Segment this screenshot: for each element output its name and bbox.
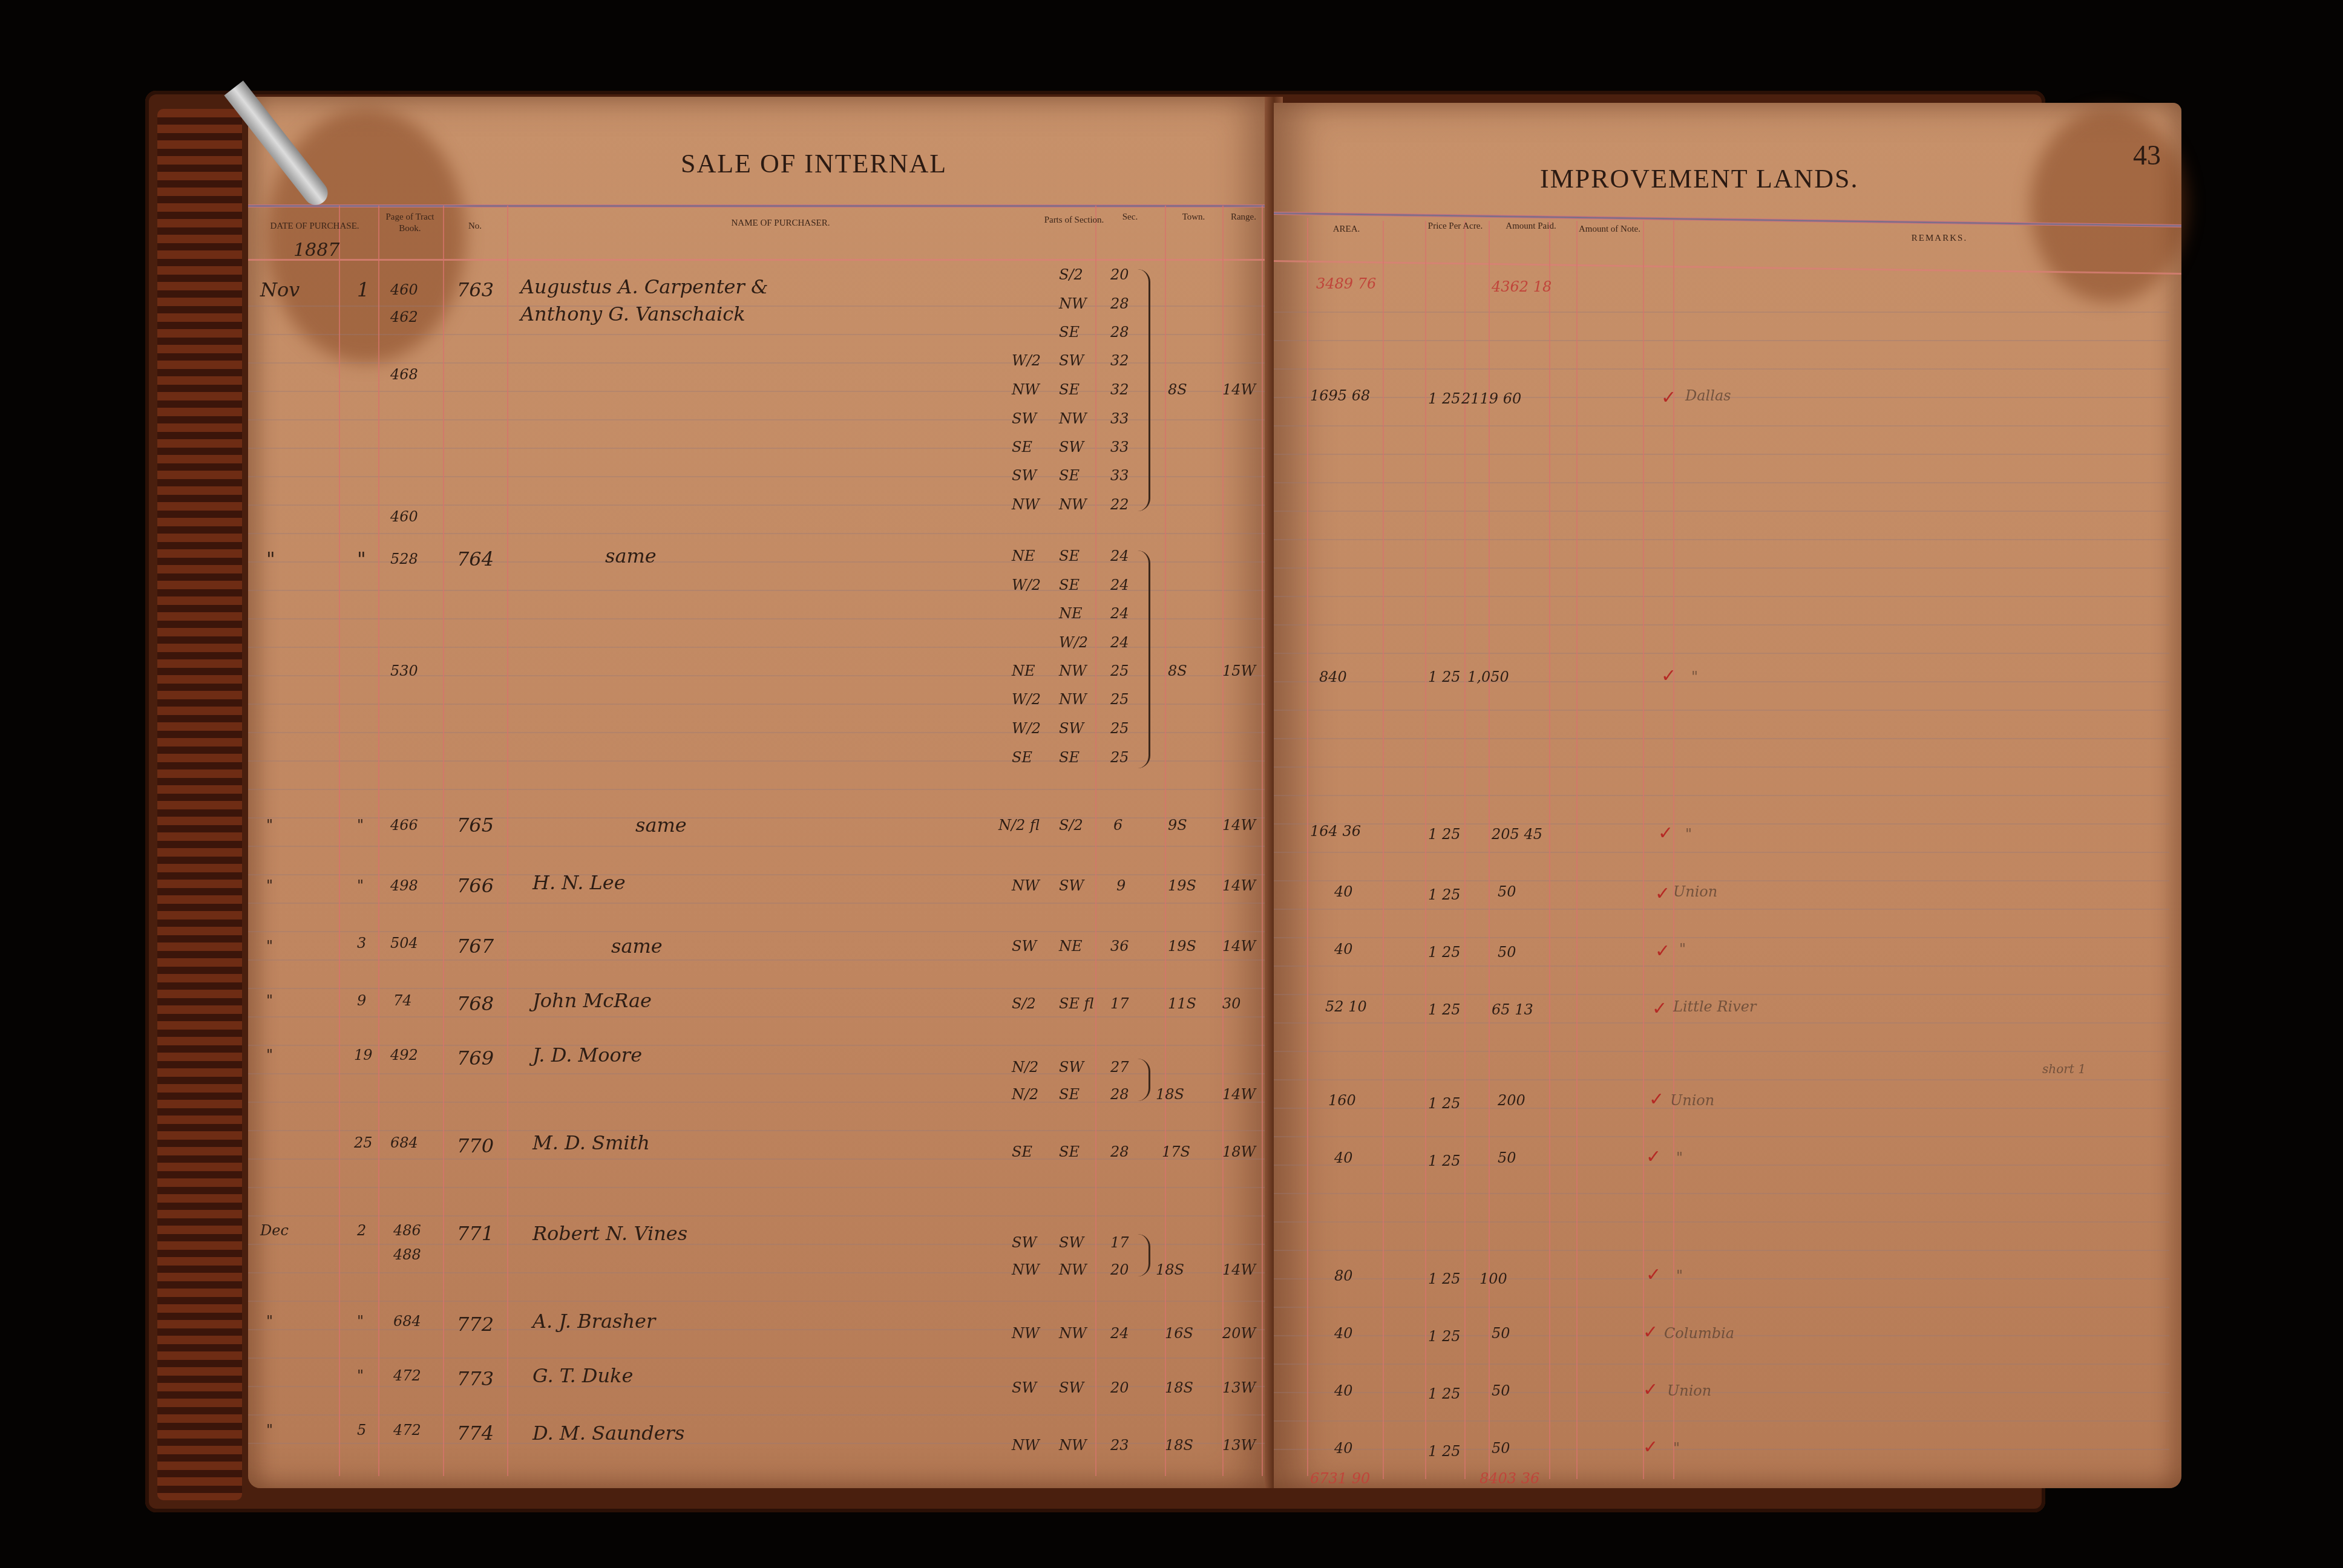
area: 160	[1328, 1092, 1356, 1109]
remarks: Union	[1670, 1092, 1714, 1109]
part: NE	[1012, 547, 1035, 564]
column-divider	[443, 206, 444, 1476]
price: 1 25	[1428, 944, 1460, 961]
column-divider	[1464, 221, 1466, 1479]
section: 24	[1110, 605, 1129, 622]
section: 9	[1116, 877, 1126, 894]
check-mark-icon: ✓	[1646, 1146, 1661, 1168]
entry-month: "	[266, 1047, 273, 1063]
range: 14W	[1222, 938, 1256, 955]
part-quarter: NW	[1059, 1325, 1087, 1342]
brace	[1138, 269, 1150, 511]
part-quarter: SE	[1059, 1086, 1080, 1103]
section: 25	[1110, 691, 1129, 708]
tract-page: 462	[390, 309, 418, 325]
part: NW	[1012, 877, 1040, 894]
amount-paid: 50	[1492, 1382, 1510, 1399]
remarks: Dallas	[1685, 387, 1731, 404]
town: 18S	[1156, 1261, 1184, 1278]
section: 33	[1110, 439, 1129, 456]
price: 1 25	[1428, 1385, 1460, 1402]
carried-paid: 4362 18	[1492, 278, 1552, 295]
section: 24	[1110, 577, 1129, 593]
check-mark-icon: ✓	[1658, 823, 1673, 844]
tract-page: 472	[393, 1367, 421, 1384]
range: 14W	[1222, 817, 1256, 834]
remarks: "	[1676, 1149, 1683, 1166]
purchaser-name: same	[635, 814, 687, 837]
column-divider	[1549, 221, 1550, 1479]
tract-page: 492	[390, 1047, 418, 1063]
town: 16S	[1165, 1325, 1193, 1342]
town: 19S	[1168, 877, 1196, 894]
part: NW	[1012, 496, 1040, 513]
entry-no: 771	[457, 1222, 494, 1245]
amount-paid: 50	[1492, 1325, 1510, 1342]
area: 40	[1334, 1382, 1353, 1399]
town: 8S	[1168, 662, 1187, 679]
area: 80	[1334, 1267, 1353, 1284]
entry-month: "	[266, 1313, 273, 1330]
entry-no: 772	[457, 1313, 494, 1336]
page-edges	[157, 109, 242, 1500]
entry-no: 770	[457, 1134, 494, 1157]
area: 40	[1334, 1440, 1353, 1457]
part: W/2	[1012, 691, 1041, 708]
town: 19S	[1168, 938, 1196, 955]
part: N/2	[1012, 1086, 1038, 1103]
purchaser-name: Anthony G. Vanschaick	[520, 302, 745, 325]
section: 22	[1110, 496, 1129, 513]
entry-no: 768	[457, 992, 494, 1015]
part: NW	[1012, 1437, 1040, 1454]
price: 1 25	[1428, 390, 1460, 407]
area: 52 10	[1325, 998, 1367, 1015]
brace	[1138, 1059, 1150, 1101]
part-quarter: SW	[1059, 1059, 1084, 1076]
section: 25	[1110, 662, 1129, 679]
part: SE	[1012, 439, 1032, 456]
entry-month: "	[266, 1422, 273, 1439]
part-quarter: NW	[1059, 1261, 1087, 1278]
check-mark-icon: ✓	[1661, 665, 1676, 687]
town: 8S	[1168, 381, 1187, 398]
part-quarter: SE	[1059, 547, 1080, 564]
section: 23	[1110, 1437, 1129, 1454]
section: 28	[1110, 295, 1129, 312]
range: 30	[1222, 995, 1241, 1012]
part: N/2 fl	[998, 817, 1040, 834]
purchaser-name: same	[605, 544, 657, 567]
part-quarter: SE	[1059, 381, 1080, 398]
part: NW	[1012, 381, 1040, 398]
part-quarter: SE	[1059, 467, 1080, 484]
part-quarter: SW	[1059, 352, 1084, 369]
section: 24	[1110, 1325, 1129, 1342]
part: NE	[1012, 662, 1035, 679]
entry-month: Nov	[260, 278, 300, 301]
amount-paid: 200	[1498, 1092, 1525, 1109]
check-mark-icon: ✓	[1643, 1379, 1658, 1400]
part: S/2	[1012, 995, 1036, 1012]
remarks: Little River	[1673, 998, 1756, 1015]
purchaser-name: H. N. Lee	[532, 871, 626, 894]
section: 17	[1110, 1234, 1129, 1251]
tract-page: 498	[390, 877, 418, 894]
remarks: "	[1685, 826, 1692, 843]
range: 14W	[1222, 877, 1256, 894]
tract-page: 486	[393, 1222, 421, 1239]
part-quarter: NW	[1059, 295, 1087, 312]
purchaser-name: D. M. Saunders	[532, 1422, 684, 1445]
check-mark-icon: ✓	[1643, 1437, 1658, 1458]
entry-day: 2	[357, 1222, 366, 1239]
section: 32	[1110, 352, 1129, 369]
part-quarter: SE fl	[1059, 995, 1094, 1012]
column-divider	[1165, 206, 1166, 1476]
tract-page: 528	[390, 550, 418, 567]
tract-page: 460	[390, 281, 418, 298]
entry-day: 1	[357, 278, 369, 301]
ledger-book: SALE OF INTERNAL DATE OF PURCHASE. Page …	[145, 85, 2045, 1512]
price: 1 25	[1428, 1328, 1460, 1345]
part-quarter: NW	[1059, 691, 1087, 708]
section: 20	[1110, 266, 1129, 283]
remarks: Columbia	[1664, 1325, 1734, 1342]
check-mark-icon: ✓	[1655, 941, 1670, 962]
purchaser-name: same	[611, 935, 663, 958]
amount-paid: 2119 60	[1461, 390, 1521, 407]
section: 20	[1110, 1379, 1129, 1396]
check-mark-icon: ✓	[1649, 1089, 1664, 1110]
part-quarter: SE	[1059, 1143, 1080, 1160]
entry-day: 3	[357, 935, 366, 952]
section: 25	[1110, 720, 1129, 737]
range: 13W	[1222, 1437, 1256, 1454]
part: SW	[1012, 1379, 1037, 1396]
section: 28	[1110, 324, 1129, 341]
part-quarter: NW	[1059, 496, 1087, 513]
section: 33	[1110, 467, 1129, 484]
remarks: "	[1676, 1267, 1683, 1284]
entry-no: 773	[457, 1367, 494, 1390]
purchaser-name: Robert N. Vines	[532, 1222, 687, 1245]
town: 17S	[1162, 1143, 1190, 1160]
entry-day: 19	[354, 1047, 373, 1063]
part: SE	[1012, 1143, 1032, 1160]
section: 33	[1110, 410, 1129, 427]
range: 15W	[1222, 662, 1256, 679]
col-amount-paid: Amount Paid.	[1489, 221, 1573, 232]
part: W/2	[1012, 720, 1041, 737]
range: 20W	[1222, 1325, 1256, 1342]
tract-page: 472	[393, 1422, 421, 1439]
entry-month: "	[266, 547, 275, 570]
range: 14W	[1222, 1086, 1256, 1103]
col-amount-note: Amount of Note.	[1576, 224, 1643, 235]
part-quarter: SW	[1059, 1234, 1084, 1251]
column-divider	[1576, 221, 1578, 1479]
purchaser-name: John McRae	[532, 989, 652, 1012]
price: 1 25	[1428, 826, 1460, 843]
entry-month: "	[266, 938, 273, 955]
check-mark-icon: ✓	[1652, 998, 1667, 1019]
part-quarter: W/2	[1059, 634, 1088, 651]
column-divider	[1095, 206, 1096, 1476]
column-divider	[1643, 221, 1644, 1479]
part: NW	[1012, 1261, 1040, 1278]
part: SE	[1012, 749, 1032, 766]
amount-paid: 50	[1492, 1440, 1510, 1457]
amount-paid: 50	[1498, 1149, 1516, 1166]
section: 28	[1110, 1086, 1129, 1103]
part-quarter: NW	[1059, 662, 1087, 679]
part: NW	[1012, 1325, 1040, 1342]
right-page: IMPROVEMENT LANDS. 43 AREA. Price Per Ac…	[1274, 103, 2181, 1488]
entry-month: "	[266, 817, 273, 834]
total-paid: 8403 36	[1480, 1470, 1539, 1487]
entry-month: "	[266, 877, 273, 894]
price: 1 25	[1428, 1095, 1460, 1112]
part-quarter: SW	[1059, 877, 1084, 894]
page-number: 43	[2133, 139, 2161, 171]
town: 18S	[1165, 1379, 1193, 1396]
col-remarks: REMARKS.	[1879, 233, 2000, 244]
tract-page: 530	[390, 662, 418, 679]
amount-paid: 50	[1498, 944, 1516, 961]
part: N/2	[1012, 1059, 1038, 1076]
entry-day: "	[357, 547, 366, 570]
part-quarter: S/2	[1059, 266, 1083, 283]
price: 1 25	[1428, 886, 1460, 903]
brace	[1138, 550, 1150, 768]
entry-no: 763	[457, 278, 494, 301]
col-no: No.	[443, 221, 507, 232]
column-divider	[1425, 221, 1426, 1479]
entry-no: 769	[457, 1047, 494, 1070]
area: 1695 68	[1310, 387, 1370, 404]
price: 1 25	[1428, 1001, 1460, 1018]
range: 18W	[1222, 1143, 1256, 1160]
tract-page: 466	[390, 817, 418, 834]
part-quarter: SW	[1059, 439, 1084, 456]
entry-no: 774	[457, 1422, 494, 1445]
column-divider	[507, 206, 508, 1476]
entry-day: "	[357, 1313, 364, 1330]
check-mark-icon: ✓	[1643, 1322, 1658, 1343]
tract-page: 460	[390, 508, 418, 525]
entry-day: "	[357, 877, 364, 894]
col-date: DATE OF PURCHASE.	[254, 221, 375, 232]
part: SW	[1012, 1234, 1037, 1251]
part-quarter: SE	[1059, 324, 1080, 341]
col-price: Price Per Acre.	[1425, 221, 1486, 232]
amount-paid: 1,050	[1467, 668, 1509, 685]
col-tract-page: Page of Tract Book.	[378, 212, 442, 235]
column-divider	[339, 206, 340, 1476]
entry-month: Dec	[260, 1222, 289, 1239]
area: 840	[1319, 668, 1347, 685]
area: 40	[1334, 1149, 1353, 1166]
section: 17	[1110, 995, 1129, 1012]
entry-no: 767	[457, 935, 494, 958]
year: 1887	[293, 240, 339, 261]
remarks: Union	[1673, 883, 1717, 900]
part-quarter: SE	[1059, 749, 1080, 766]
column-divider	[378, 206, 379, 1476]
section: 24	[1110, 547, 1129, 564]
column-divider	[1673, 221, 1674, 1479]
entry-day: "	[357, 1367, 364, 1384]
brace	[1138, 1234, 1150, 1276]
section: 32	[1110, 381, 1129, 398]
part-quarter: S/2	[1059, 817, 1083, 834]
area: 40	[1334, 1325, 1353, 1342]
section: 25	[1110, 749, 1129, 766]
part: SW	[1012, 410, 1037, 427]
tract-page: 684	[393, 1313, 421, 1330]
area: 164 36	[1310, 823, 1361, 840]
left-page: SALE OF INTERNAL DATE OF PURCHASE. Page …	[248, 97, 1274, 1488]
total-area: 6731 90	[1310, 1470, 1370, 1487]
purchaser-name: A. J. Brasher	[532, 1310, 655, 1333]
carried-area: 3489 76	[1316, 275, 1376, 292]
remarks: Union	[1667, 1382, 1711, 1399]
col-range: Range.	[1222, 212, 1265, 223]
range: 13W	[1222, 1379, 1256, 1396]
tract-page: 684	[390, 1134, 418, 1151]
section: 27	[1110, 1059, 1129, 1076]
section: 28	[1110, 1143, 1129, 1160]
column-divider	[1262, 206, 1263, 1476]
section: 36	[1110, 938, 1129, 955]
remarks: "	[1673, 1440, 1680, 1457]
range: 14W	[1222, 381, 1256, 398]
section: 20	[1110, 1261, 1129, 1278]
town: 9S	[1168, 817, 1187, 834]
area: 40	[1334, 883, 1353, 900]
town: 11S	[1168, 995, 1196, 1012]
town: 18S	[1156, 1086, 1184, 1103]
remarks: "	[1691, 668, 1698, 685]
part-quarter: NW	[1059, 410, 1087, 427]
part-quarter: SW	[1059, 720, 1084, 737]
header-rule	[248, 204, 1274, 207]
range: 14W	[1222, 1261, 1256, 1278]
col-sec: Sec.	[1095, 212, 1165, 223]
price: 1 25	[1428, 1270, 1460, 1287]
purchaser-name: G. T. Duke	[532, 1364, 633, 1387]
part: W/2	[1012, 577, 1041, 593]
entry-day: "	[357, 817, 364, 834]
ruled-lines	[1274, 284, 2169, 1464]
section: 6	[1113, 817, 1122, 834]
col-purchaser: NAME OF PURCHASER.	[508, 218, 1053, 229]
tract-page: 504	[390, 935, 418, 952]
remarks: "	[1679, 941, 1686, 958]
purchaser-name: M. D. Smith	[532, 1131, 650, 1154]
entry-day: 5	[357, 1422, 366, 1439]
col-town: Town.	[1165, 212, 1222, 223]
amount-paid: 205 45	[1492, 826, 1542, 843]
check-mark-icon: ✓	[1646, 1264, 1661, 1285]
column-divider	[1307, 218, 1308, 1476]
town: 18S	[1165, 1437, 1193, 1454]
price: 1 25	[1428, 1443, 1460, 1460]
section: 24	[1110, 634, 1129, 651]
amount-paid: 50	[1498, 883, 1516, 900]
entry-day: 9	[357, 992, 366, 1009]
header-bottom-rule	[248, 259, 1274, 261]
part: SW	[1012, 938, 1037, 955]
column-divider	[1489, 221, 1490, 1479]
part-quarter: SE	[1059, 577, 1080, 593]
check-mark-icon: ✓	[1655, 883, 1670, 904]
part-quarter: NW	[1059, 1437, 1087, 1454]
purchaser-name: Augustus A. Carpenter &	[520, 275, 768, 298]
price: 1 25	[1428, 668, 1460, 685]
side-note: short 1	[2042, 1062, 2086, 1076]
part-quarter: NE	[1059, 605, 1083, 622]
right-page-title: IMPROVEMENT LANDS.	[1540, 163, 1859, 194]
column-divider	[1383, 221, 1384, 1479]
purchaser-name: J. D. Moore	[532, 1044, 642, 1067]
tract-page: 488	[393, 1246, 421, 1263]
entry-no: 764	[457, 547, 494, 570]
amount-paid: 65 13	[1492, 1001, 1533, 1018]
price: 1 25	[1428, 1152, 1460, 1169]
part: W/2	[1012, 352, 1041, 369]
tract-page: 74	[393, 992, 412, 1009]
left-page-title: SALE OF INTERNAL	[681, 148, 947, 179]
entry-month: "	[266, 992, 273, 1009]
entry-no: 766	[457, 874, 494, 897]
area: 40	[1334, 941, 1353, 958]
entry-day: 25	[354, 1134, 373, 1151]
part-quarter: NE	[1059, 938, 1083, 955]
col-area: AREA.	[1310, 224, 1383, 235]
check-mark-icon: ✓	[1661, 387, 1676, 408]
amount-paid: 100	[1480, 1270, 1507, 1287]
tract-page: 468	[390, 366, 418, 383]
entry-no: 765	[457, 814, 494, 837]
part: SW	[1012, 467, 1037, 484]
part-quarter: SW	[1059, 1379, 1084, 1396]
